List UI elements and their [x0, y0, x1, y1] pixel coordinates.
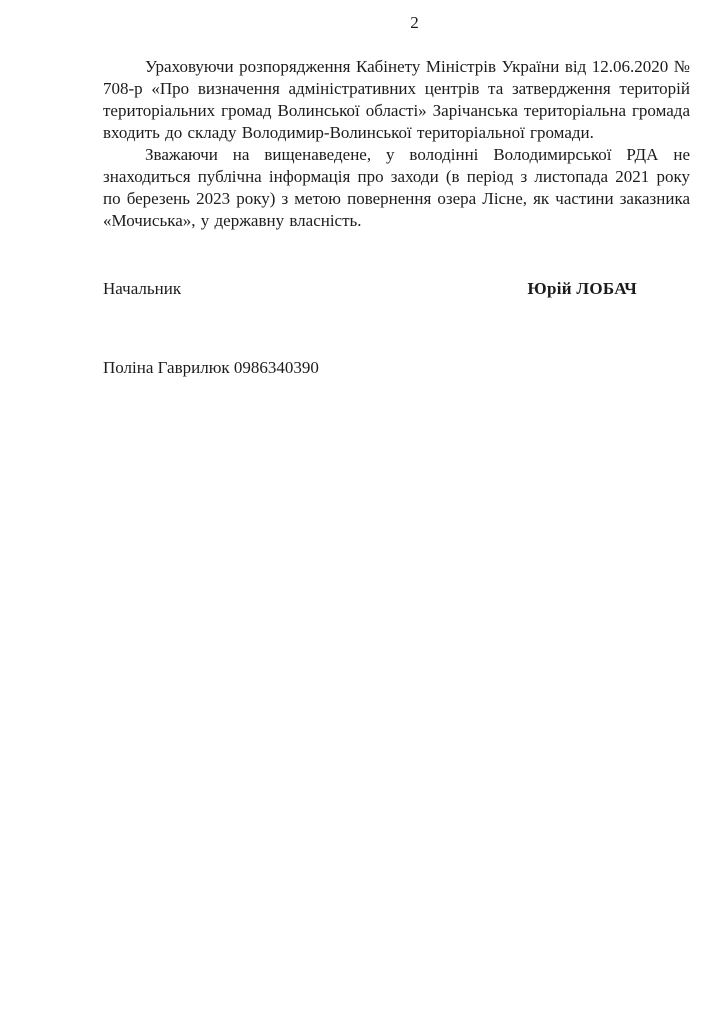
- page-number: 2: [103, 12, 690, 34]
- signatory-name: Юрій ЛОБАЧ: [528, 278, 637, 300]
- paragraph-resolution-reference: Ураховуючи розпорядження Кабінету Мініст…: [103, 56, 690, 144]
- document-page: 2 Ураховуючи розпорядження Кабінету Міні…: [0, 0, 725, 1024]
- signature-block: Начальник Юрій ЛОБАЧ: [103, 278, 690, 300]
- signatory-position: Начальник: [103, 278, 181, 300]
- paragraph-conclusion: Зважаючи на вищенаведене, у володінні Во…: [103, 144, 690, 232]
- executor-contact: Поліна Гаврилюк 0986340390: [103, 357, 690, 379]
- document-body: Ураховуючи розпорядження Кабінету Мініст…: [103, 56, 690, 232]
